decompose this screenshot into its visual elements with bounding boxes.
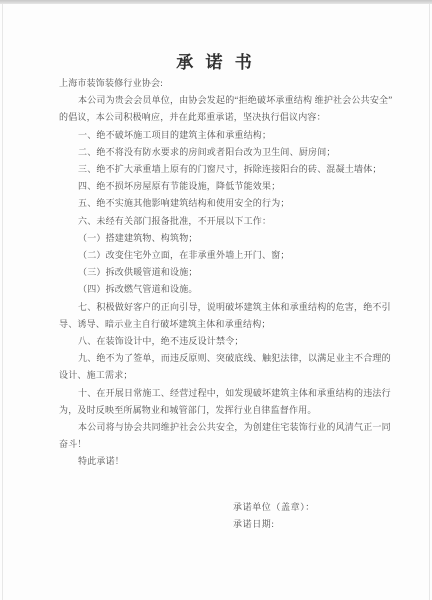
document-line: （四）拆改燃气管道和设施。 xyxy=(59,281,375,298)
document-line: 本公司为贵会会员单位，由协会发起的“拒绝破坏承重结构 维护社会公共安全” xyxy=(59,92,375,109)
document-line: 八、在装饰设计中，绝不违反设计禁令； xyxy=(59,333,375,350)
document-line: 奋斗！ xyxy=(59,436,375,453)
document-line: 七、积极做好客户的正向引导，说明破坏建筑主体和承重结构的危害，绝不引 xyxy=(59,299,375,316)
document-line: （二）改变住宅外立面，在非承重外墙上开门、窗； xyxy=(59,247,375,264)
page-top-edge xyxy=(0,0,432,4)
document-line: 设计、施工需求； xyxy=(59,367,375,384)
document-line: 四、绝不损坏房屋原有节能设施，降低节能效果； xyxy=(59,178,375,195)
signature-block: 承诺单位（盖章）： 承诺日期: xyxy=(233,499,315,533)
document-line: 的倡议，本公司积极响应，并在此郑重承诺，坚决执行倡议内容： xyxy=(59,109,375,126)
document-line: 十、在开展日常施工、经营过程中，如发现破坏建筑主体和承重结构的违法行 xyxy=(59,385,375,402)
document-line: （一）搭建建筑物、构筑物； xyxy=(59,230,375,247)
page-left-edge xyxy=(2,4,3,600)
document-body: 上海市装饰装修行业协会:本公司为贵会会员单位，由协会发起的“拒绝破坏承重结构 维… xyxy=(59,75,375,471)
document-line: 九、绝不为了签单，而违反原则、突破底线、触犯法律，以满足业主不合理的 xyxy=(59,350,375,367)
document-line: 为，及时反映至所属物业和城管部门，发挥行业自律监督作用。 xyxy=(59,402,375,419)
document-line: 一、绝不破坏施工项目的建筑主体和承重结构； xyxy=(59,127,375,144)
document-line: 六、未经有关部门报备批准，不开展以下工作： xyxy=(59,213,375,230)
document-line: （三）拆改供暖管道和设施； xyxy=(59,264,375,281)
document-line: 二、绝不将没有防水要求的房间或者阳台改为卫生间、厨房间； xyxy=(59,144,375,161)
document-line: 三、绝不扩大承重墙上原有的门窗尺寸，拆除连接阳台的砖、混凝土墙体； xyxy=(59,161,375,178)
document-line: 导、诱导、暗示业主自行破坏建筑主体和承重结构； xyxy=(59,316,375,333)
document-title: 承 诺 书 xyxy=(0,48,432,73)
document-page: 承 诺 书 上海市装饰装修行业协会:本公司为贵会会员单位，由协会发起的“拒绝破坏… xyxy=(0,0,432,600)
document-line: 本公司将与协会共同维护社会公共安全，为创建住宅装饰行业的风清气正一同 xyxy=(59,419,375,436)
document-line: 特此承诺！ xyxy=(59,453,375,470)
signature-unit-label: 承诺单位（盖章）： xyxy=(233,499,315,516)
document-line: 上海市装饰装修行业协会: xyxy=(59,75,375,92)
signature-date-label: 承诺日期: xyxy=(233,516,315,533)
page-right-edge xyxy=(429,4,430,600)
document-line: 五、绝不实施其他影响建筑结构和使用安全的行为； xyxy=(59,195,375,212)
